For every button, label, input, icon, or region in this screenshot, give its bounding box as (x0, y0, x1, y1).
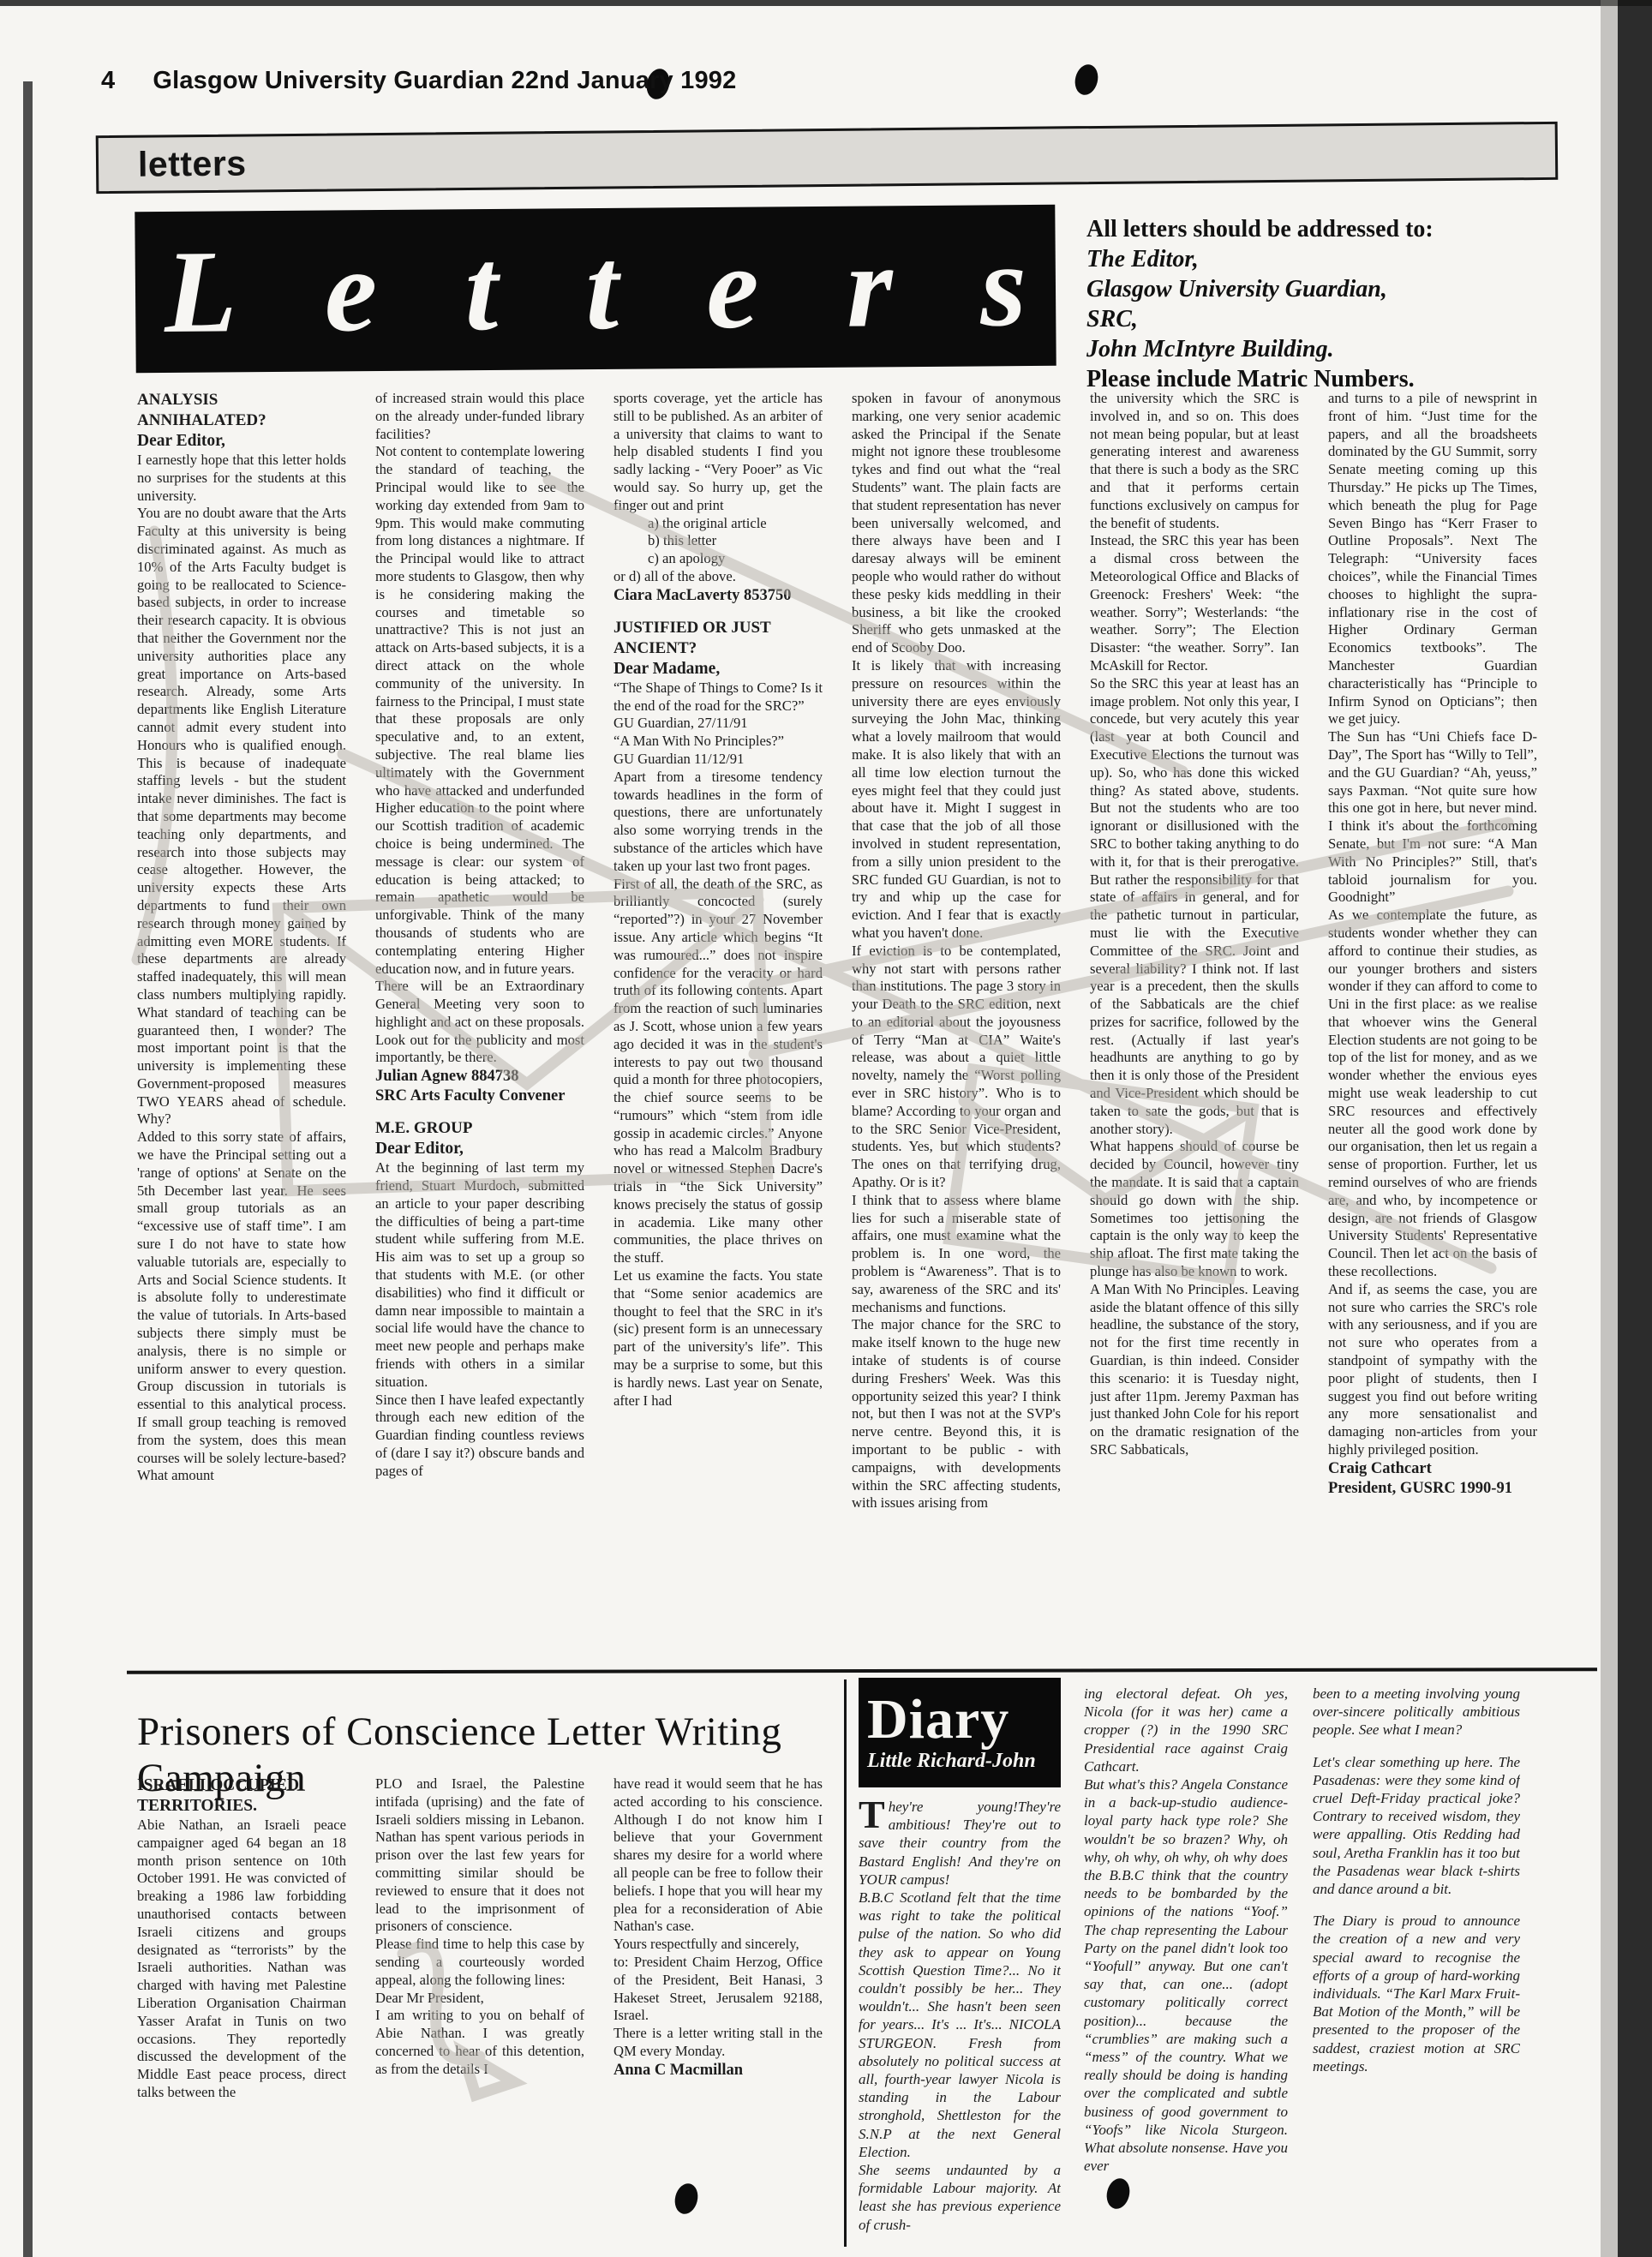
letter-paragraph: “The Shape of Things to Come? Is it the … (614, 679, 823, 715)
letter-paragraph: “A Man With No Principles?” (614, 733, 823, 751)
letter-paragraph: Apart from a tiresome tendency towards h… (614, 769, 823, 876)
letter-paragraph: Yours respectfully and sincerely, (614, 1936, 823, 1954)
letter-signature: Craig Cathcart (1328, 1459, 1537, 1479)
letter-paragraph: I think that to assess where blame lies … (852, 1192, 1061, 1317)
letter-paragraph: As we contemplate the future, as student… (1328, 907, 1537, 1281)
letter-paragraph: Let us examine the facts. You state that… (614, 1267, 823, 1410)
banner-letter: t (585, 225, 619, 353)
banner-letter: s (980, 221, 1027, 350)
diary-box: Diary Little Richard-John (859, 1678, 1061, 1787)
letter-paragraph: spoken in favour of anonymous marking, o… (852, 390, 1061, 657)
letter-paragraph: I am writing to you on behalf of Abie Na… (375, 2007, 584, 2078)
letter-paragraph: and turns to a pile of newsprint in fron… (1328, 390, 1537, 728)
page-number: 4 (101, 67, 115, 94)
letter-paragraph: Added to this sorry state of affairs, we… (137, 1128, 346, 1485)
letter-paragraph: And if, as seems the case, you are not s… (1328, 1281, 1537, 1459)
letters-column-2: of increased strain would this place on … (375, 390, 584, 1668)
letter-paragraph: sports coverage, yet the article has sti… (614, 390, 823, 515)
letter-paragraph: ing electoral defeat. Oh yes, Nicola (fo… (1084, 1685, 1288, 1775)
scan-edge-right (1618, 0, 1652, 2257)
letter-signature: SRC Arts Faculty Convener (375, 1087, 584, 1106)
letter-paragraph: GU Guardian, 27/11/91 (614, 715, 823, 733)
diary-column-3: been to a meeting involving young over-s… (1313, 1685, 1520, 2247)
letter-paragraph: First of all, the death of the SRC, as b… (614, 876, 823, 1268)
address-line: Glasgow University Guardian, (1086, 274, 1563, 304)
letter-paragraph: There will be an Extraordinary General M… (375, 978, 584, 1067)
diary-column-2: ing electoral defeat. Oh yes, Nicola (fo… (1084, 1685, 1288, 2247)
letter-option-line: a) the original article (614, 515, 823, 533)
letter-paragraph: GU Guardian 11/12/91 (614, 751, 823, 769)
section-label: letters (99, 143, 247, 185)
diary-byline: Little Richard-John (867, 1748, 1061, 1774)
letter-paragraph: been to a meeting involving young over-s… (1313, 1685, 1520, 1739)
letter-option-line: b) this letter (614, 532, 823, 550)
letter-paragraph: So the SRC this year at least has an ima… (1090, 675, 1299, 1139)
letters-banner: Letters (135, 205, 1056, 373)
address-line: SRC, (1086, 304, 1563, 334)
letter-paragraph: B.B.C Scotland felt that the time was ri… (859, 1889, 1061, 2161)
address-line: John McIntyre Building. (1086, 334, 1563, 364)
page-header: 4Glasgow University Guardian 22nd Januar… (101, 67, 736, 95)
letters-column-4: spoken in favour of anonymous marking, o… (852, 390, 1061, 1668)
letter-paragraph: Since then I have leafed expectantly thr… (375, 1392, 584, 1481)
letter-heading: ANALYSIS ANNIHALATED? (137, 390, 346, 431)
letter-paragraph: There is a letter writing stall in the Q… (614, 2025, 823, 2061)
diary-paragraph: The Diary is proud to announce the creat… (1313, 1912, 1520, 2075)
letters-column-6: and turns to a pile of newsprint in fron… (1328, 390, 1537, 1668)
letter-paragraph: A Man With No Principles. Leaving aside … (1090, 1281, 1299, 1459)
banner-letter: e (324, 226, 377, 355)
letter-heading: JUSTIFIED OR JUST ANCIENT? (614, 618, 823, 659)
letters-banner-title: Letters (135, 221, 1056, 356)
letter-signature: Anna C Macmillan (614, 2061, 823, 2080)
diary-paragraph: Let's clear something up here. The Pasad… (1313, 1753, 1520, 1899)
address-intro: All letters should be addressed to: (1086, 214, 1563, 244)
banner-letter: t (464, 225, 499, 354)
letter-signature: Julian Agnew 884738 (375, 1067, 584, 1087)
letter-salutation: Dear Editor, (137, 431, 346, 452)
letter-paragraph: PLO and Israel, the Palestine intifada (… (375, 1775, 584, 1936)
vertical-divider (844, 1679, 847, 2247)
letter-salutation: Dear Madame, (614, 659, 823, 679)
scan-edge-right-soft (1601, 0, 1618, 2257)
letters-column-1: ANALYSIS ANNIHALATED?Dear Editor,I earne… (137, 390, 346, 1668)
campaign-column-3: have read it would seem that he has acte… (614, 1775, 823, 2248)
letter-paragraph: But what's this? Angela Constance in a b… (1084, 1775, 1288, 2175)
campaign-columns: ISRAELI OCCUPIED TERRITORIES.Abie Nathan… (137, 1775, 823, 2248)
banner-letter: L (164, 227, 236, 356)
campaign-column-1: ISRAELI OCCUPIED TERRITORIES.Abie Nathan… (137, 1775, 346, 2248)
letter-heading: M.E. GROUP (375, 1118, 584, 1139)
letters-column-3: sports coverage, yet the article has sti… (614, 390, 823, 1668)
letter-paragraph: What happens should of course be decided… (1090, 1138, 1299, 1280)
letter-paragraph: She seems undaunted by a formidable Labo… (859, 2161, 1061, 2234)
letter-paragraph: Not content to contemplate lowering the … (375, 443, 584, 978)
letter-paragraph: Dear Mr President, (375, 1990, 584, 2008)
letter-paragraph: the university which the SRC is involved… (1090, 390, 1299, 532)
banner-letter: e (706, 224, 759, 352)
address-block: All letters should be addressed to: The … (1086, 214, 1563, 394)
address-line: The Editor, (1086, 244, 1563, 274)
campaign-column-2: PLO and Israel, the Palestine intifada (… (375, 1775, 584, 2248)
letter-signature: Ciara MacLaverty 853750 (614, 586, 823, 606)
diary-dropcap: T (859, 1798, 889, 1832)
letter-paragraph: of increased strain would this place on … (375, 390, 584, 443)
letters-columns: ANALYSIS ANNIHALATED?Dear Editor,I earne… (137, 390, 1537, 1668)
newspaper-page-scan: { "header": { "page_number": "4", "masth… (0, 0, 1652, 2257)
diary-column-1: They're young!They're ambitious! They're… (859, 1798, 1061, 2247)
letter-paragraph: to: President Chaim Herzog, Office of th… (614, 1954, 823, 2025)
scan-edge-left (23, 81, 33, 2257)
masthead: Glasgow University Guardian 22nd January… (153, 67, 736, 94)
letter-paragraph: The Sun has “Uni Chiefs face D-Day”, The… (1328, 728, 1537, 907)
letter-salutation: ISRAELI OCCUPIED TERRITORIES. (137, 1775, 346, 1817)
letter-paragraph: or d) all of the above. (614, 568, 823, 586)
letter-paragraph: You are no doubt aware that the Arts Fac… (137, 505, 346, 1128)
letter-paragraph: Instead, the SRC this year has been a di… (1090, 532, 1299, 674)
letter-paragraph: I earnestly hope that this letter holds … (137, 452, 346, 505)
letter-paragraph: Please find time to help this case by se… (375, 1936, 584, 1989)
letter-paragraph: have read it would seem that he has acte… (614, 1775, 823, 1936)
banner-letter: r (846, 222, 893, 350)
letter-paragraph: If eviction is to be contemplated, why n… (852, 943, 1061, 1192)
letter-option-line: c) an apology (614, 550, 823, 568)
letter-paragraph: Abie Nathan, an Israeli peace campaigner… (137, 1817, 346, 2102)
letter-signature: President, GUSRC 1990-91 (1328, 1479, 1537, 1499)
scan-edge-top (0, 0, 1652, 6)
letter-paragraph: The major chance for the SRC to make its… (852, 1316, 1061, 1512)
letters-column-5: the university which the SRC is involved… (1090, 390, 1299, 1668)
letter-salutation: Dear Editor, (375, 1139, 584, 1159)
letter-paragraph: At the beginning of last term my friend,… (375, 1159, 584, 1391)
letter-paragraph: It is likely that with increasing pressu… (852, 657, 1061, 943)
diary-lead-paragraph: They're young!They're ambitious! They're… (859, 1798, 1061, 1889)
diary-title: Diary (867, 1691, 1061, 1748)
